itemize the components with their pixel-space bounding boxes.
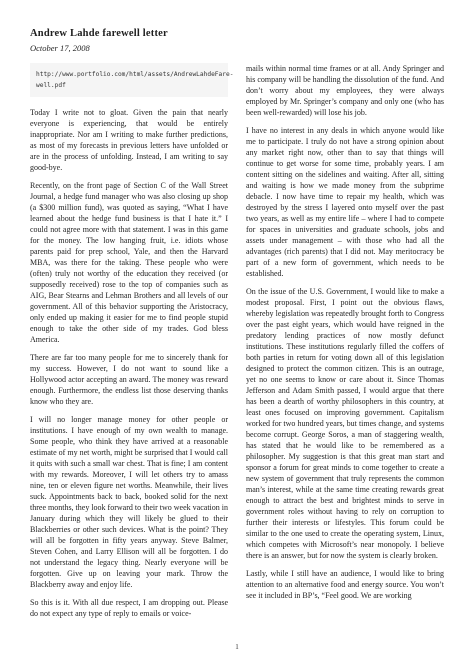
column-left: http://www.portfolio.com/html/assets/And… [30, 63, 228, 626]
paragraph: Lastly, while I still have an audience, … [246, 568, 444, 601]
paragraph: mails within normal time frames or at al… [246, 63, 444, 118]
paragraph: On the issue of the U.S. Government, I w… [246, 286, 444, 561]
paragraph: So this is it. With all due respect, I a… [30, 597, 228, 619]
document-page: Andrew Lahde farewell letter October 17,… [0, 0, 474, 670]
column-right: mails within normal time frames or at al… [246, 63, 444, 626]
page-date: October 17, 2008 [30, 43, 444, 53]
paragraph: Recently, on the front page of Section C… [30, 180, 228, 345]
two-column-body: http://www.portfolio.com/html/assets/And… [30, 63, 444, 626]
source-url-line: well.pdf [36, 80, 222, 91]
source-url-block: http://www.portfolio.com/html/assets/And… [30, 63, 228, 97]
paragraph: I will no longer manage money for other … [30, 414, 228, 590]
page-number: 1 [0, 643, 474, 651]
left-paragraphs: Today I write not to gloat. Given the pa… [30, 107, 228, 619]
paragraph: Today I write not to gloat. Given the pa… [30, 107, 228, 173]
paragraph: I have no interest in any deals in which… [246, 125, 444, 279]
source-url-line: http://www.portfolio.com/html/assets/And… [36, 69, 222, 80]
paragraph: There are far too many people for me to … [30, 352, 228, 407]
page-title: Andrew Lahde farewell letter [30, 28, 444, 40]
right-paragraphs: mails within normal time frames or at al… [246, 63, 444, 601]
